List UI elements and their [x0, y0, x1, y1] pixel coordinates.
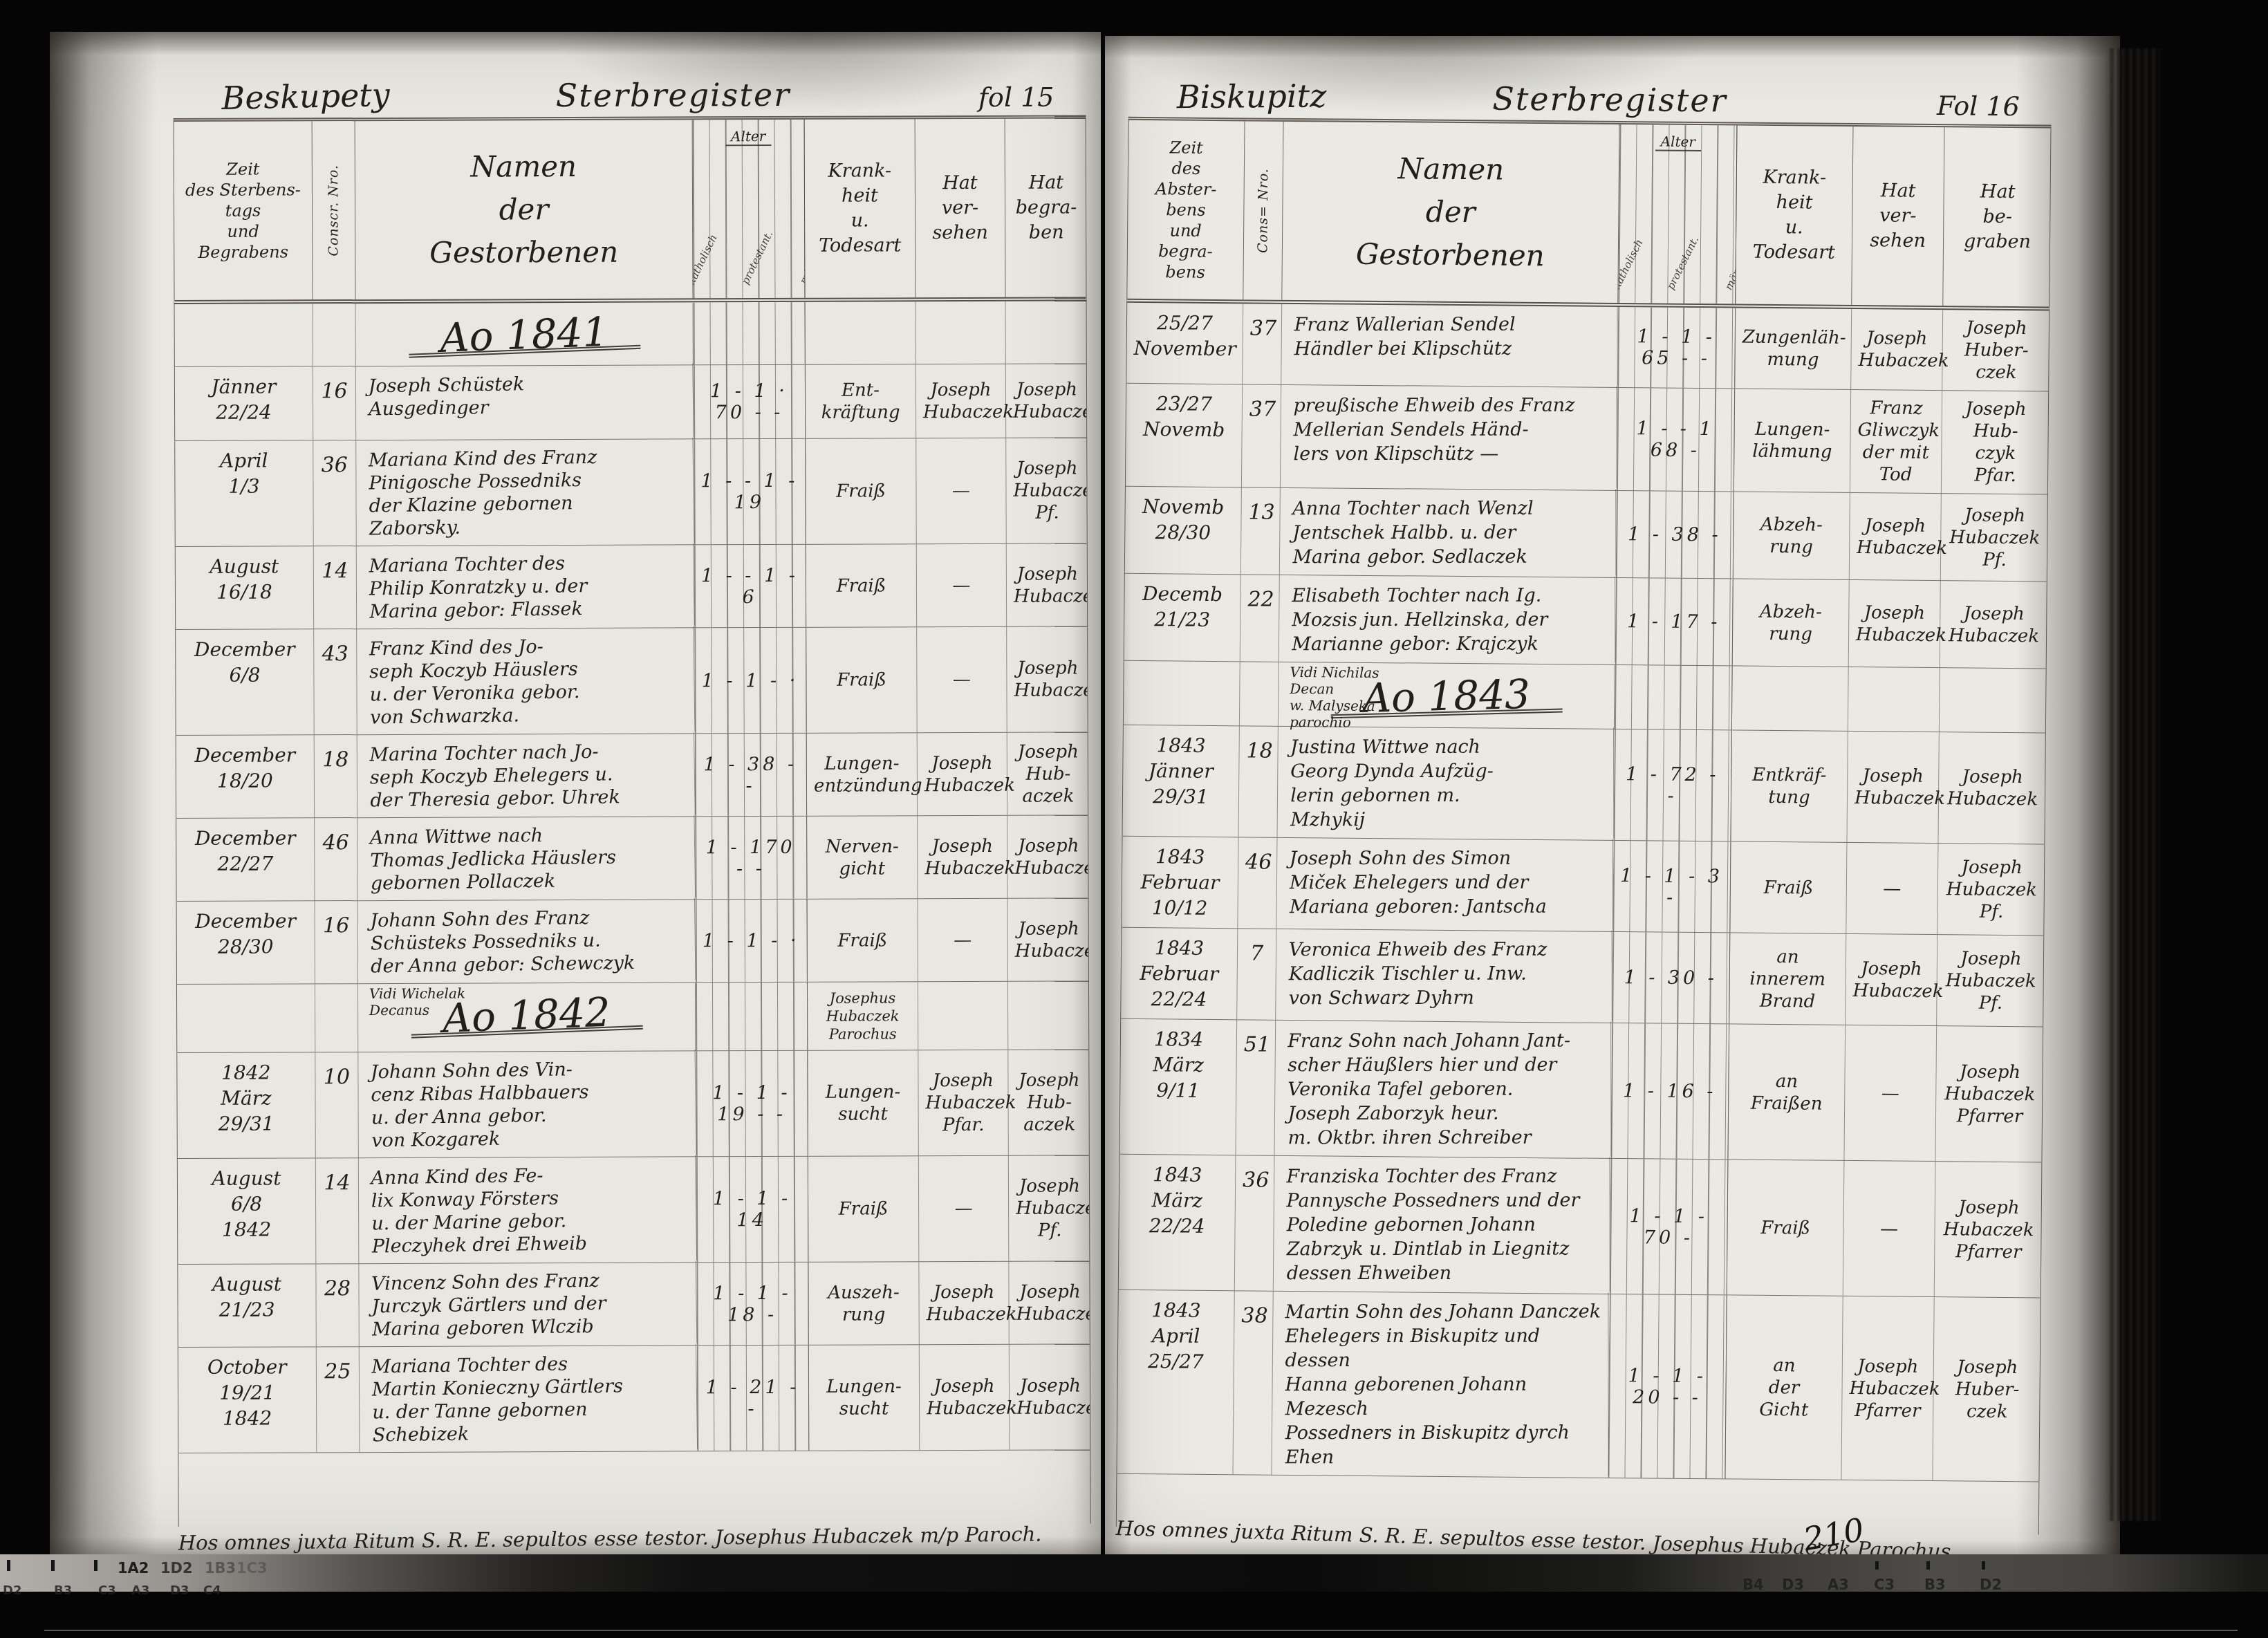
age-cell — [1615, 665, 1733, 729]
entry-versehen: — — [917, 627, 1007, 732]
entry-illness: Fraiß — [1727, 1160, 1845, 1295]
column-header-number: Conscr. Nro. — [313, 121, 356, 299]
entry-name: Joseph Sohn des Simon Miček Ehelegers un… — [1277, 839, 1613, 930]
register-row: 1842 März 29/3110Johann Sohn des Vin- ce… — [177, 1050, 1089, 1159]
entry-number: 38 — [1233, 1291, 1273, 1474]
entry-name: Franz Kind des Jo- seph Koczyb Häuslers … — [356, 626, 695, 736]
entry-versehen: Franz Gliwczyk der mit Tod — [1850, 390, 1942, 493]
column-label-slanted: protestant. — [739, 229, 776, 286]
entry-name: Mariana Tochter des Philip Konratzky u. … — [356, 543, 695, 631]
entry-versehen: Joseph Hubaczek — [920, 1345, 1010, 1450]
entry-number — [313, 304, 356, 366]
entry-illness: Fraiß — [808, 899, 918, 982]
entry-versehen: Joseph Hubaczek — [1846, 934, 1937, 1025]
entry-name: Mariana Tochter des Martin Konieczny Gär… — [359, 1344, 698, 1454]
entry-date: 1843 April 25/27 — [1117, 1290, 1234, 1474]
column-label-slanted: katholisch — [693, 232, 720, 286]
age-cell — [696, 983, 808, 1051]
year-cell: Vidi Nichilas Decan w. Malyseka parochio… — [1279, 662, 1615, 729]
alter-label: Alter — [725, 128, 771, 146]
entry-age: 1 - 1 - 18 - — [696, 1263, 808, 1346]
entry-age: 1 - - 1 - 19 — [694, 439, 806, 545]
register-row: 1843 Februar 10/1246Joseph Sohn des Simo… — [1122, 837, 2044, 936]
entry-begraben: Joseph Hubaczek — [1008, 898, 1090, 980]
register-row: 1843 Februar 22/247Veronica Ehweib des F… — [1121, 928, 2043, 1027]
entry-date: Novemb 28/30 — [1125, 487, 1242, 574]
register-row: 1843 März 22/2436Franziska Tochter des F… — [1119, 1155, 2042, 1299]
entry-name: Anna Kind des Fe- lix Konway Försters u.… — [358, 1155, 697, 1265]
entry-name: preußische Ehweib des Franz Mellerian Se… — [1281, 386, 1617, 489]
entry-versehen: Joseph Hubaczek — [918, 733, 1007, 815]
film-label-bottom: B3 — [54, 1583, 72, 1598]
entry-date: 25/27 November — [1126, 303, 1243, 384]
slanted-labels: katholischprotestant.männlichweiblichJah… — [693, 150, 805, 293]
entry-number: 37 — [1243, 304, 1282, 384]
entry-versehen: Joseph Hubaczek — [919, 1262, 1009, 1344]
register-row: August 21/2328Vincenz Sohn des Franz Jur… — [178, 1261, 1089, 1348]
entry-illness: Lungen- entzündung — [807, 733, 918, 816]
entry-number: 36 — [313, 440, 357, 546]
entry-illness: an der Gicht — [1725, 1295, 1843, 1479]
entry-date — [1124, 661, 1240, 725]
register-page-left: Beskupety Sterbregister fol 15 Zeit des … — [50, 32, 1101, 1556]
film-label-top: 1C3 — [236, 1560, 268, 1576]
film-label-bottom: C3 — [98, 1583, 116, 1598]
entry-name: Franz Wallerian Sendel Händler bei Klips… — [1282, 305, 1618, 386]
margin-note-signature — [1732, 667, 1849, 731]
film-tick — [1875, 1561, 1879, 1570]
left-page-rows: Ao 1841Jänner 22/2416Joseph Schüstek Aus… — [174, 301, 1091, 1527]
column-header-illness: Krank- heit u. Todesart — [805, 119, 916, 298]
entry-date: December 6/8 — [176, 629, 315, 735]
entry-begraben: Joseph Hubaczek — [1938, 732, 2046, 844]
entry-name: Mariana Kind des Franz Pinigosche Possed… — [355, 438, 694, 548]
entry-versehen: Joseph Hubaczek — [1849, 580, 1941, 667]
entry-begraben: Joseph Hub- aczek — [1008, 1050, 1090, 1155]
entry-name: Franz Sohn nach Johann Jant- scher Häußl… — [1275, 1021, 1611, 1157]
entry-name: Anna Tochter nach Wenzl Jentschek Halbb.… — [1280, 489, 1616, 576]
entry-versehen: — — [918, 899, 1008, 981]
entry-number: 14 — [314, 546, 357, 629]
alter-label: Alter — [1655, 133, 1702, 152]
entry-begraben: Joseph Hubaczek — [1006, 364, 1088, 437]
film-label-right: D2 — [1980, 1576, 2002, 1593]
right-page-rows: 25/27 November37Franz Wallerian Sendel H… — [1116, 303, 2049, 1535]
film-label-right: A3 — [1828, 1576, 1849, 1593]
entry-age: 1 - 38 - - — [695, 734, 807, 817]
entry-begraben: Joseph Hubaczek — [1940, 581, 2048, 668]
register-row: December 28/3016Johann Sohn des Franz Sc… — [177, 898, 1088, 985]
folio-number: fol 15 — [978, 82, 1054, 113]
entry-number: 43 — [314, 629, 357, 734]
film-label-right: B3 — [1924, 1576, 1946, 1593]
entry-illness: Abzeh- rung — [1733, 492, 1850, 579]
entry-illness: an Fraißen — [1728, 1024, 1846, 1160]
column-header-versehen: Hat ver- sehen — [1852, 127, 1944, 306]
entry-versehen: Joseph Hubaczek Pfarrer — [1841, 1296, 1934, 1480]
film-label-bottom: A3 — [131, 1583, 149, 1598]
entry-date: December 22/27 — [176, 818, 315, 901]
entry-date: August 21/23 — [178, 1264, 316, 1347]
entry-name: Justina Wittwe nach Georg Dynda Aufzüg- … — [1278, 727, 1614, 839]
entry-begraben: Joseph Hubaczek Pf. — [1941, 494, 2049, 581]
film-tick — [1982, 1561, 1985, 1570]
entry-versehen: — — [919, 1156, 1010, 1261]
versehen-cell — [916, 301, 1006, 364]
entry-begraben: Joseph Hubaczek Pf. — [1009, 1155, 1091, 1260]
film-label-right: B4 — [1742, 1576, 1764, 1593]
entry-age: 1 - 1 - · — [694, 628, 807, 734]
age-cell — [694, 302, 806, 365]
year-heading: Ao 1843 — [1330, 682, 1563, 719]
entry-age: 1 - - 1 - 6 — [694, 545, 806, 628]
versehen-cell — [1848, 667, 1940, 732]
entry-number: 7 — [1237, 929, 1276, 1019]
entry-name: Veronica Ehweib des Franz Kadliczik Tisc… — [1276, 930, 1612, 1021]
entry-name: Johann Sohn des Franz Schüsteks Possedni… — [357, 898, 696, 985]
entry-begraben: Joseph Hubaczek Pf. — [1937, 844, 2045, 935]
entry-number: 16 — [315, 901, 358, 983]
year-heading: Ao 1841 — [408, 319, 640, 358]
entry-begraben: Joseph Huber- czek — [1933, 1297, 2041, 1481]
register-row: Decemb 21/2322Elisabeth Tochter nach Ig.… — [1124, 574, 2047, 669]
entry-illness: Fraiß — [806, 544, 917, 627]
entry-number: 37 — [1242, 384, 1281, 487]
film-label-top: 1A2 — [118, 1560, 149, 1576]
register-page-right: Biskupitz Sterbregister Fol 16 Zeit des … — [1105, 36, 2120, 1561]
entry-date: Jänner 22/24 — [175, 366, 313, 440]
entry-number: 18 — [1238, 726, 1278, 837]
entry-number: 36 — [1235, 1155, 1275, 1290]
year-cell: Ao 1841 — [356, 302, 694, 366]
entry-begraben: Joseph Hub- czyk Pfar. — [1942, 391, 2049, 494]
register-row: Jänner 22/2416Joseph Schüstek Ausgedinge… — [175, 364, 1086, 441]
column-header-begraben: Hat begra- ben — [1005, 118, 1088, 297]
entry-number: 28 — [316, 1264, 359, 1346]
register-row: October 19/21 184225Mariana Tochter des … — [178, 1344, 1090, 1453]
entry-illness: Ent- kräftung — [806, 364, 916, 438]
entry-illness: Fraiß — [808, 1156, 920, 1262]
entry-begraben: Joseph Hubaczek Pfarrer — [1935, 1162, 2043, 1297]
entry-illness: Abzeh- rung — [1733, 579, 1850, 667]
entry-versehen: Joseph Hubaczek Pfar. — [918, 1050, 1009, 1155]
column-header-name: Namen der Gestorbenen — [355, 120, 694, 299]
register-row: 1834 März 9/1151Franz Sohn nach Johann J… — [1119, 1019, 2043, 1163]
register-title: Sterbregister — [556, 76, 791, 114]
entry-age: 1 - 1 · 70 - - — [694, 365, 806, 439]
film-label-top: 1D2 — [160, 1560, 193, 1576]
entry-begraben: Joseph Huber- czek — [1942, 310, 2049, 391]
entry-date — [175, 304, 313, 366]
entry-name: Johann Sohn des Vin- cenz Ribas Halbbaue… — [358, 1050, 697, 1160]
entry-versehen: Joseph Hubaczek — [916, 364, 1006, 438]
entry-date: Decemb 21/23 — [1124, 574, 1241, 661]
column-label-slanted: katholisch — [1618, 237, 1645, 291]
entry-date: 1834 März 9/11 — [1119, 1019, 1237, 1155]
entry-age: 1 - 72 - - — [1613, 729, 1731, 841]
entry-versehen: Joseph Hubaczek — [1851, 309, 1943, 390]
table-header: Zeit des Sterbens- tags und Begrabens Co… — [174, 118, 1087, 304]
register-row: August 6/8 184214Anna Kind des Fe- lix K… — [178, 1155, 1090, 1265]
entry-date: 1843 März 22/24 — [1119, 1155, 1236, 1290]
entry-begraben: Joseph Hubaczek — [1010, 1344, 1091, 1449]
register-row: 25/27 November37Franz Wallerian Sendel H… — [1126, 303, 2049, 392]
entry-age: 1 - 17 - — [1615, 578, 1733, 665]
entry-number: 14 — [316, 1158, 360, 1263]
register-row: 23/27 Novemb37preußische Ehweib des Fran… — [1126, 384, 2048, 495]
entry-versehen: — — [1844, 1025, 1937, 1161]
entry-versehen: Joseph Hubaczek — [1850, 493, 1942, 580]
year-heading: Ao 1842 — [410, 1000, 642, 1039]
entry-age: 1 - 1 - 19 - - — [696, 1051, 808, 1157]
margin-note-signature: Josephus Hubaczek Parochus — [808, 982, 918, 1050]
entry-age: 1 - 1 - · — [696, 900, 808, 983]
column-header-age: Alter katholischprotestant.männlichweibl… — [693, 120, 806, 299]
register-row: Novemb 28/3013Anna Tochter nach Wenzl Je… — [1125, 487, 2047, 582]
entry-number: 22 — [1240, 575, 1280, 661]
folio-number: Fol 16 — [1937, 91, 2020, 122]
entry-date: 1843 Februar 10/12 — [1122, 837, 1238, 928]
entry-age: 1 - 1 - 20 - - — [1608, 1294, 1727, 1478]
entry-versehen: — — [917, 544, 1007, 626]
entry-begraben: Joseph Hubaczek Pf. — [1006, 438, 1088, 543]
register-row: December 6/843Franz Kind des Jo- seph Ko… — [176, 626, 1088, 736]
entry-versehen: Joseph Hubaczek — [1847, 732, 1939, 843]
entry-illness: Lungen- sucht — [808, 1050, 919, 1156]
entry-illness: Lungen- lähmung — [1734, 389, 1851, 492]
entry-date: December 28/30 — [177, 901, 315, 984]
entry-number — [1240, 662, 1279, 725]
entry-number: 46 — [1238, 837, 1277, 928]
entry-number: 51 — [1236, 1020, 1276, 1155]
entry-age: 1 - 1 - 14 — [696, 1157, 809, 1263]
entry-number: 10 — [315, 1052, 359, 1157]
entry-name: Joseph Schüstek Ausgedinger — [355, 364, 694, 442]
entry-begraben: Joseph Hubaczek — [1007, 626, 1089, 732]
year-heading-row: Vidi Wichelak DecanusAo 1842Josephus Hub… — [177, 981, 1088, 1053]
page-sheet: Beskupety Sterbregister fol 15 Zeit des … — [47, 30, 1104, 1557]
document-scan: Beskupety Sterbregister fol 15 Zeit des … — [0, 0, 2268, 1638]
entry-age: 1 - 21 - - — [697, 1346, 810, 1451]
entry-versehen: — — [916, 438, 1007, 543]
entry-begraben: Joseph Hub- aczek — [1007, 732, 1089, 815]
film-tick — [7, 1560, 10, 1571]
entry-date: 1842 März 29/31 — [177, 1052, 316, 1158]
entry-number: 18 — [315, 735, 357, 817]
entry-name: Marina Tochter nach Jo- seph Koczyb Ehel… — [357, 732, 696, 819]
film-label-bottom: D3 — [170, 1583, 189, 1598]
entry-date: December 18/20 — [176, 735, 315, 818]
entry-versehen: Joseph Hubaczek — [918, 816, 1007, 898]
register-row: 1843 Jänner 29/3118Justina Wittwe nach G… — [1122, 725, 2045, 845]
entry-date: October 19/21 1842 — [178, 1347, 317, 1453]
entry-illness: Nerven- gicht — [807, 816, 918, 899]
column-header-name: Namen der Gestorbenen — [1282, 122, 1619, 303]
entry-date: August 6/8 1842 — [178, 1158, 317, 1264]
column-header-age: Alter katholischprotestant.männlichweibl… — [1618, 124, 1737, 304]
entry-age: 1 - 16 - — [1610, 1023, 1729, 1159]
entry-number — [315, 984, 358, 1052]
film-tick — [94, 1560, 97, 1571]
year-heading-row: Ao 1841 — [175, 301, 1086, 367]
table-header: Zeit des Abster- bens und begra- bens Co… — [1126, 120, 2051, 311]
film-label-right: D3 — [1782, 1576, 1804, 1593]
margin-note-signature — [806, 301, 916, 364]
entry-versehen: — — [1843, 1161, 1936, 1296]
entry-begraben: Joseph Hubaczek — [1007, 543, 1088, 626]
year-heading-row: Vidi Nichilas Decan w. Malyseka parochio… — [1124, 661, 2046, 734]
entry-date: 1843 Jänner 29/31 — [1123, 725, 1240, 837]
film-label-bottom: C4 — [203, 1583, 221, 1598]
entry-date: 23/27 Novemb — [1126, 384, 1243, 487]
column-label-slanted: männlich — [1722, 243, 1736, 292]
year-cell: Vidi Wichelak DecanusAo 1842 — [358, 983, 696, 1052]
entry-begraben: Joseph Hubaczek — [1009, 1261, 1090, 1343]
entry-illness: Fraiß — [1730, 841, 1847, 933]
register-row: April 1/336Mariana Kind des Franz Pinigo… — [175, 438, 1087, 547]
column-header-versehen: Hat ver- sehen — [915, 119, 1006, 297]
film-label-right: C3 — [1874, 1576, 1895, 1593]
entry-illness: Fraiß — [806, 438, 917, 544]
begraben-cell — [1006, 301, 1088, 363]
entry-illness: an innerem Brand — [1729, 933, 1846, 1024]
page-sheet: Biskupitz Sterbregister Fol 16 Zeit des … — [1098, 32, 2126, 1566]
place-name: Beskupety — [221, 76, 390, 117]
entry-age: 1 - 170 - - — [695, 817, 807, 900]
register-row: December 18/2018Marina Tochter nach Jo- … — [176, 732, 1088, 819]
entry-age: 1 - - 1 68 - — [1617, 388, 1735, 491]
register-title: Sterbregister — [1492, 80, 1727, 119]
entry-versehen: — — [1846, 843, 1938, 934]
entry-illness: Entkräf- tung — [1731, 731, 1848, 842]
page-title: Beskupety Sterbregister fol 15 — [173, 46, 1086, 122]
film-label-top: 1B3 — [205, 1560, 236, 1576]
begraben-cell — [1940, 668, 2047, 732]
column-header-date: Zeit des Sterbens- tags und Begrabens — [174, 121, 313, 300]
column-label-slanted: männlich — [797, 237, 805, 286]
entry-name: Martin Sohn des Johann Danczek Ehelegers… — [1272, 1292, 1608, 1476]
entry-date: 1843 Februar 22/24 — [1121, 928, 1238, 1019]
entry-age: 1 - 30 - — [1612, 932, 1730, 1023]
entry-name: Elisabeth Tochter nach Ig. Mozsis jun. H… — [1279, 576, 1615, 663]
entry-name: Vincenz Sohn des Franz Jurczyk Gärtlers … — [359, 1261, 698, 1348]
entry-date: August 16/18 — [176, 546, 314, 629]
entry-age: 1 - 38 - — [1616, 491, 1734, 578]
entry-illness: Zungenläh- mung — [1735, 308, 1852, 389]
column-header-illness: Krank- heit u. Todesart — [1736, 126, 1853, 305]
register-row: 1843 April 25/2738Martin Sohn des Johann… — [1117, 1290, 2040, 1482]
column-header-number: Cons= Nro. — [1243, 121, 1283, 299]
page-title: Biskupitz Sterbregister Fol 16 — [1128, 48, 2052, 129]
begraben-cell — [1008, 981, 1090, 1049]
register-row: August 16/1814Mariana Tochter des Philip… — [176, 543, 1087, 630]
column-header-date: Zeit des Abster- bens und begra- bens — [1127, 120, 1245, 299]
entry-age: 1 - 1 - 70 - — [1610, 1159, 1729, 1294]
entry-number: 13 — [1241, 487, 1281, 574]
entry-number: 46 — [315, 818, 357, 900]
entry-number: 16 — [313, 366, 356, 440]
entry-illness: Auszeh- rung — [808, 1262, 919, 1345]
book-page-stack-edge — [2106, 48, 2160, 1521]
film-tick — [1926, 1561, 1930, 1570]
film-frame-line — [44, 1630, 2238, 1631]
entry-age: 1 - 1 - 65 - - — [1617, 307, 1736, 388]
film-label-bottom: D2 — [3, 1583, 21, 1598]
film-tick — [51, 1560, 55, 1571]
entry-name: Franziska Tochter des Franz Pannysche Po… — [1274, 1157, 1610, 1292]
entry-name: Anna Wittwe nach Thomas Jedlicka Häusler… — [357, 815, 696, 902]
entry-date: April 1/3 — [175, 440, 314, 546]
column-header-begraben: Hat be- graben — [1943, 127, 2052, 306]
entry-begraben: Joseph Hubaczek — [1007, 815, 1089, 897]
slanted-labels: katholischprotestant.männlichweiblichJah… — [1618, 155, 1736, 298]
versehen-cell — [918, 982, 1008, 1050]
entry-number: 25 — [317, 1347, 360, 1452]
entry-begraben: Joseph Hubaczek Pf. — [1937, 935, 2045, 1026]
column-label-slanted: protestant. — [1664, 234, 1702, 292]
register-row: December 22/2746Anna Wittwe nach Thomas … — [176, 815, 1088, 902]
entry-illness: Lungen- sucht — [809, 1345, 920, 1451]
entry-illness: Fraiß — [806, 627, 918, 733]
place-name: Biskupitz — [1177, 77, 1327, 115]
entry-begraben: Joseph Hubaczek Pfarrer — [1935, 1026, 2044, 1162]
entry-age: 1 - 1 - 3 - — [1612, 841, 1731, 932]
entry-date — [177, 984, 315, 1052]
